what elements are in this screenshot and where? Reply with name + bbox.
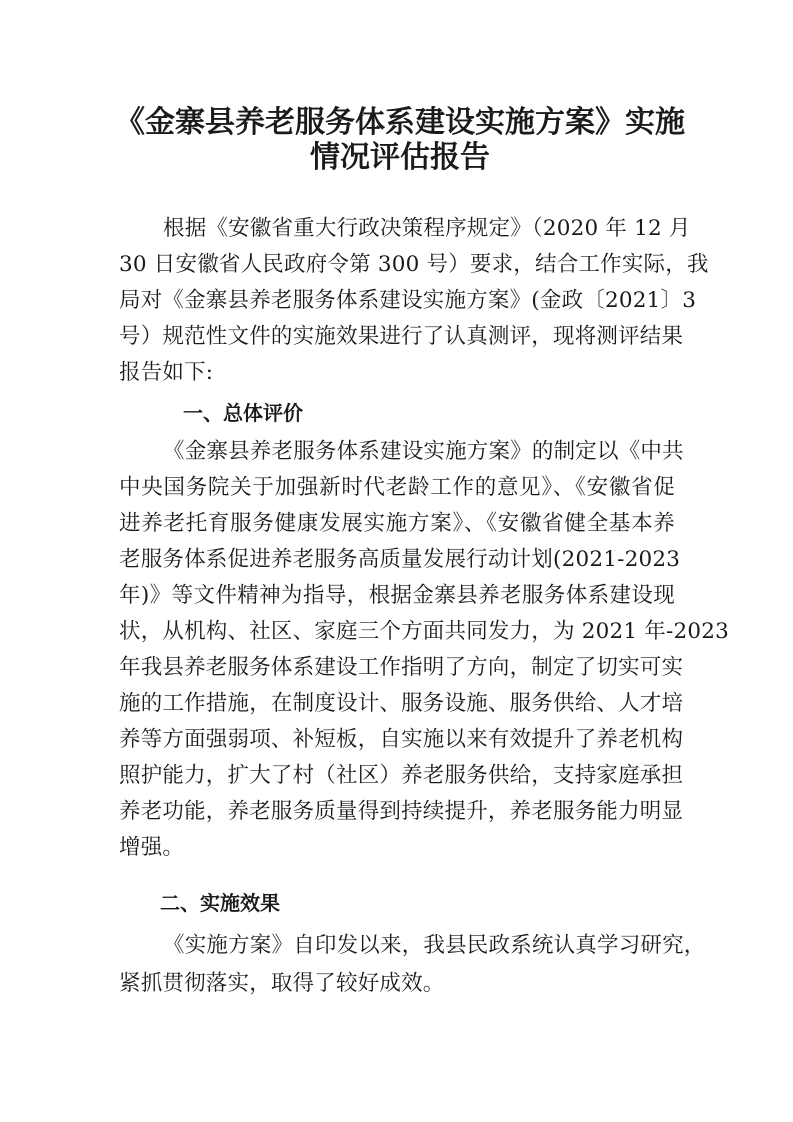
section-heading-overall-evaluation: 一、总体评价 xyxy=(183,398,303,428)
paragraph-line: 年)》等文件精神为指导，根据金寨县养老服务体系建设现 xyxy=(119,578,675,614)
paragraph-line: 紧抓贯彻落实，取得了较好成效。 xyxy=(119,966,675,1002)
intro-line: 30 日安徽省人民政府令第 300 号）要求，结合工作实际，我 xyxy=(119,247,675,283)
paragraph-line: 增强。 xyxy=(119,830,675,866)
paragraph-line: 年我县养老服务体系建设工作指明了方向，制定了切实可实 xyxy=(119,650,675,686)
paragraph-line: 养老功能，养老服务质量得到持续提升，养老服务能力明显 xyxy=(119,794,675,830)
paragraph-line: 《实施方案》自印发以来，我县民政系统认真学习研究， xyxy=(163,928,675,964)
intro-line: 根据《安徽省重大行政决策程序规定》（2020 年 12 月 xyxy=(163,211,675,247)
paragraph-line: 照护能力，扩大了村（社区）养老服务供给，支持家庭承担 xyxy=(119,758,675,794)
intro-line: 报告如下: xyxy=(119,355,675,391)
paragraph-line: 施的工作措施，在制度设计、服务设施、服务供给、人才培 xyxy=(119,686,675,722)
document-page: 《金寨县养老服务体系建设实施方案》实施 情况评估报告 根据《安徽省重大行政决策程… xyxy=(0,0,793,1122)
paragraph-line: 中央国务院关于加强新时代老龄工作的意见》、《安徽省促 xyxy=(119,470,675,506)
intro-line: 局对《金寨县养老服务体系建设实施方案》(金政〔2021〕3 xyxy=(119,283,675,319)
paragraph-line: 状，从机构、社区、家庭三个方面共同发力，为 2021 年-2023 xyxy=(119,614,675,650)
paragraph-line: 老服务体系促进养老服务高质量发展行动计划(2021-2023 xyxy=(119,542,675,578)
intro-line: 号）规范性文件的实施效果进行了认真测评，现将测评结果 xyxy=(119,319,675,355)
document-title-line-1: 《金寨县养老服务体系建设实施方案》实施 xyxy=(100,103,700,143)
paragraph-line: 《金寨县养老服务体系建设实施方案》的制定以《中共 xyxy=(163,434,675,470)
document-title-line-2: 情况评估报告 xyxy=(100,138,700,178)
paragraph-line: 进养老托育服务健康发展实施方案》、《安徽省健全基本养 xyxy=(119,506,675,542)
section-heading-implementation-effect: 二、实施效果 xyxy=(160,888,280,918)
paragraph-line: 养等方面强弱项、补短板，自实施以来有效提升了养老机构 xyxy=(119,722,675,758)
